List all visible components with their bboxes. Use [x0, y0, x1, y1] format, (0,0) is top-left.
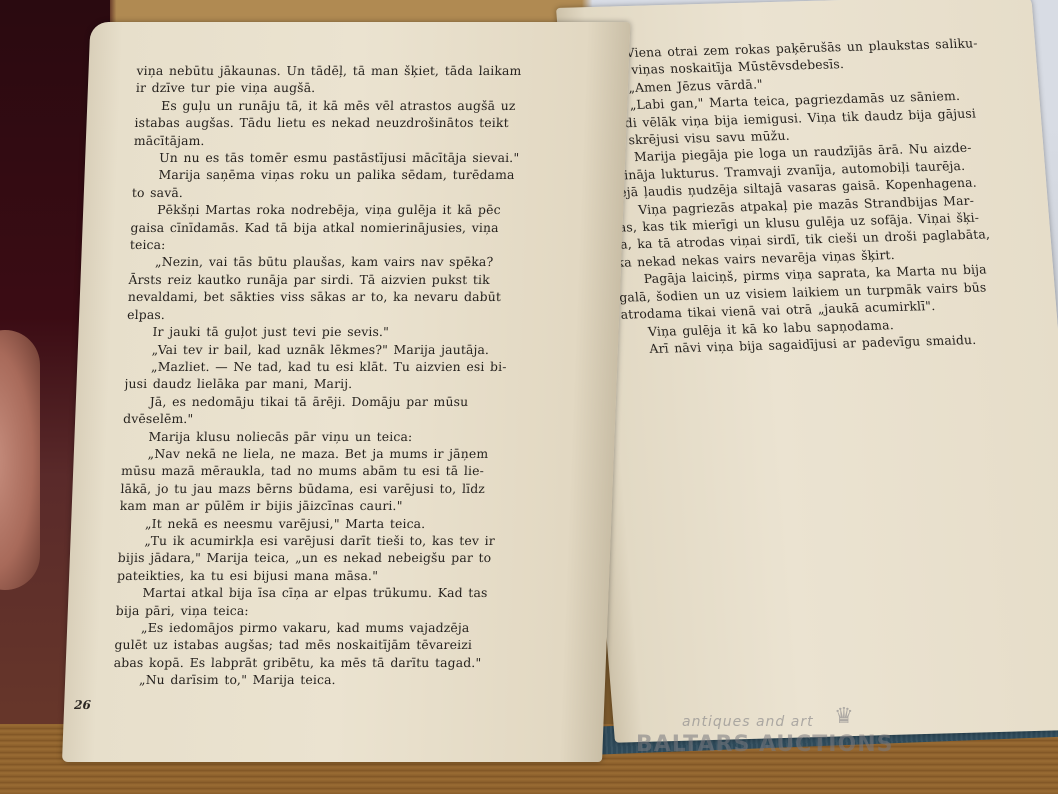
text-line: istabas augšas. Tādu lietu es nekad neuz… — [134, 114, 593, 131]
text-line: Ir jauki tā guļot just tevi pie sevis." — [126, 323, 585, 340]
page-number: 26 — [74, 698, 91, 712]
text-line: abas kopā. Es labprāt gribētu, ka mēs tā… — [113, 654, 572, 671]
text-line: „Nav nekā ne liela, ne maza. Bet ja mums… — [122, 445, 581, 462]
right-page-text: Viena otrai zem rokas paķērušās un plauk… — [599, 34, 1023, 358]
text-line: „Tu ik acumirkļa esi varējusi darīt tieš… — [118, 532, 577, 549]
text-line: Jā, es nedomāju tikai tā ārēji. Domāju p… — [124, 393, 583, 410]
text-line: „Es iedomājos pirmo vakaru, kad mums vaj… — [115, 619, 574, 636]
text-line: „Nezin, vai tās būtu plaušas, kam vairs … — [129, 253, 588, 270]
text-line: Martai atkal bija īsa cīņa ar elpas trūk… — [116, 584, 575, 601]
text-line: to savā. — [132, 184, 591, 201]
text-line: bija pāri, viņa teica: — [115, 602, 574, 619]
text-line: mācītājam. — [134, 132, 593, 149]
text-line: bijis jādara," Marija teica, „un es neka… — [117, 549, 576, 566]
text-line: Pēkšņi Martas roka nodrebēja, viņa gulēj… — [131, 201, 590, 218]
text-line: teica: — [130, 236, 589, 253]
left-page: viņa nebūtu jākaunas. Un tādēļ, tā man š… — [62, 22, 630, 762]
text-line: Marija saņēma viņas roku un palika sēdam… — [132, 166, 591, 183]
text-line: gaisa cīnīdamās. Kad tā bija atkal nomie… — [130, 219, 589, 236]
text-line: dvēselēm." — [123, 410, 582, 427]
text-line: Ārsts reiz kautko runāja par sirdi. Tā a… — [128, 271, 587, 288]
text-line: Un nu es tās tomēr esmu pastāstījusi māc… — [133, 149, 592, 166]
text-line: gulēt uz istabas augšas; tad mēs noskait… — [114, 636, 573, 653]
text-line: ir dzīve tur pie viņa augšā. — [136, 79, 595, 96]
text-line: Marija klusu noliecās pār viņu un teica: — [122, 428, 581, 445]
text-line: Es guļu un runāju tā, it kā mēs vēl atra… — [135, 97, 594, 114]
holding-hand — [0, 330, 40, 590]
text-line: lākā, jo tu jau mazs bērns būdama, esi v… — [120, 480, 579, 497]
left-page-text: viņa nebūtu jākaunas. Un tādēļ, tā man š… — [113, 62, 595, 689]
text-line: nevaldami, bet sākties viss sākas ar to,… — [128, 288, 587, 305]
text-line: „Mazliet. — Ne tad, kad tu esi klāt. Tu … — [125, 358, 584, 375]
text-line: pateikties, ka tu esi bijusi mana māsa." — [117, 567, 576, 584]
text-line: „Nu darīsim to," Marija teica. — [113, 671, 572, 688]
right-page: Viena otrai zem rokas paķērušās un plauk… — [556, 0, 1058, 743]
text-line: kam man ar pūlēm ir bijis jāizcīnas caur… — [120, 497, 579, 514]
text-line: „Vai tev ir bail, kad uznāk lēkmes?" Mar… — [126, 341, 585, 358]
text-line: „It nekā es neesmu varējusi," Marta teic… — [119, 515, 578, 532]
text-line: viņa nebūtu jākaunas. Un tādēļ, tā man š… — [136, 62, 595, 79]
text-line: elpas. — [127, 306, 586, 323]
text-line: mūsu mazā mēraukla, tad no mums abām tu … — [121, 462, 580, 479]
text-line: jusi daudz lielāka par mani, Marij. — [124, 375, 583, 392]
